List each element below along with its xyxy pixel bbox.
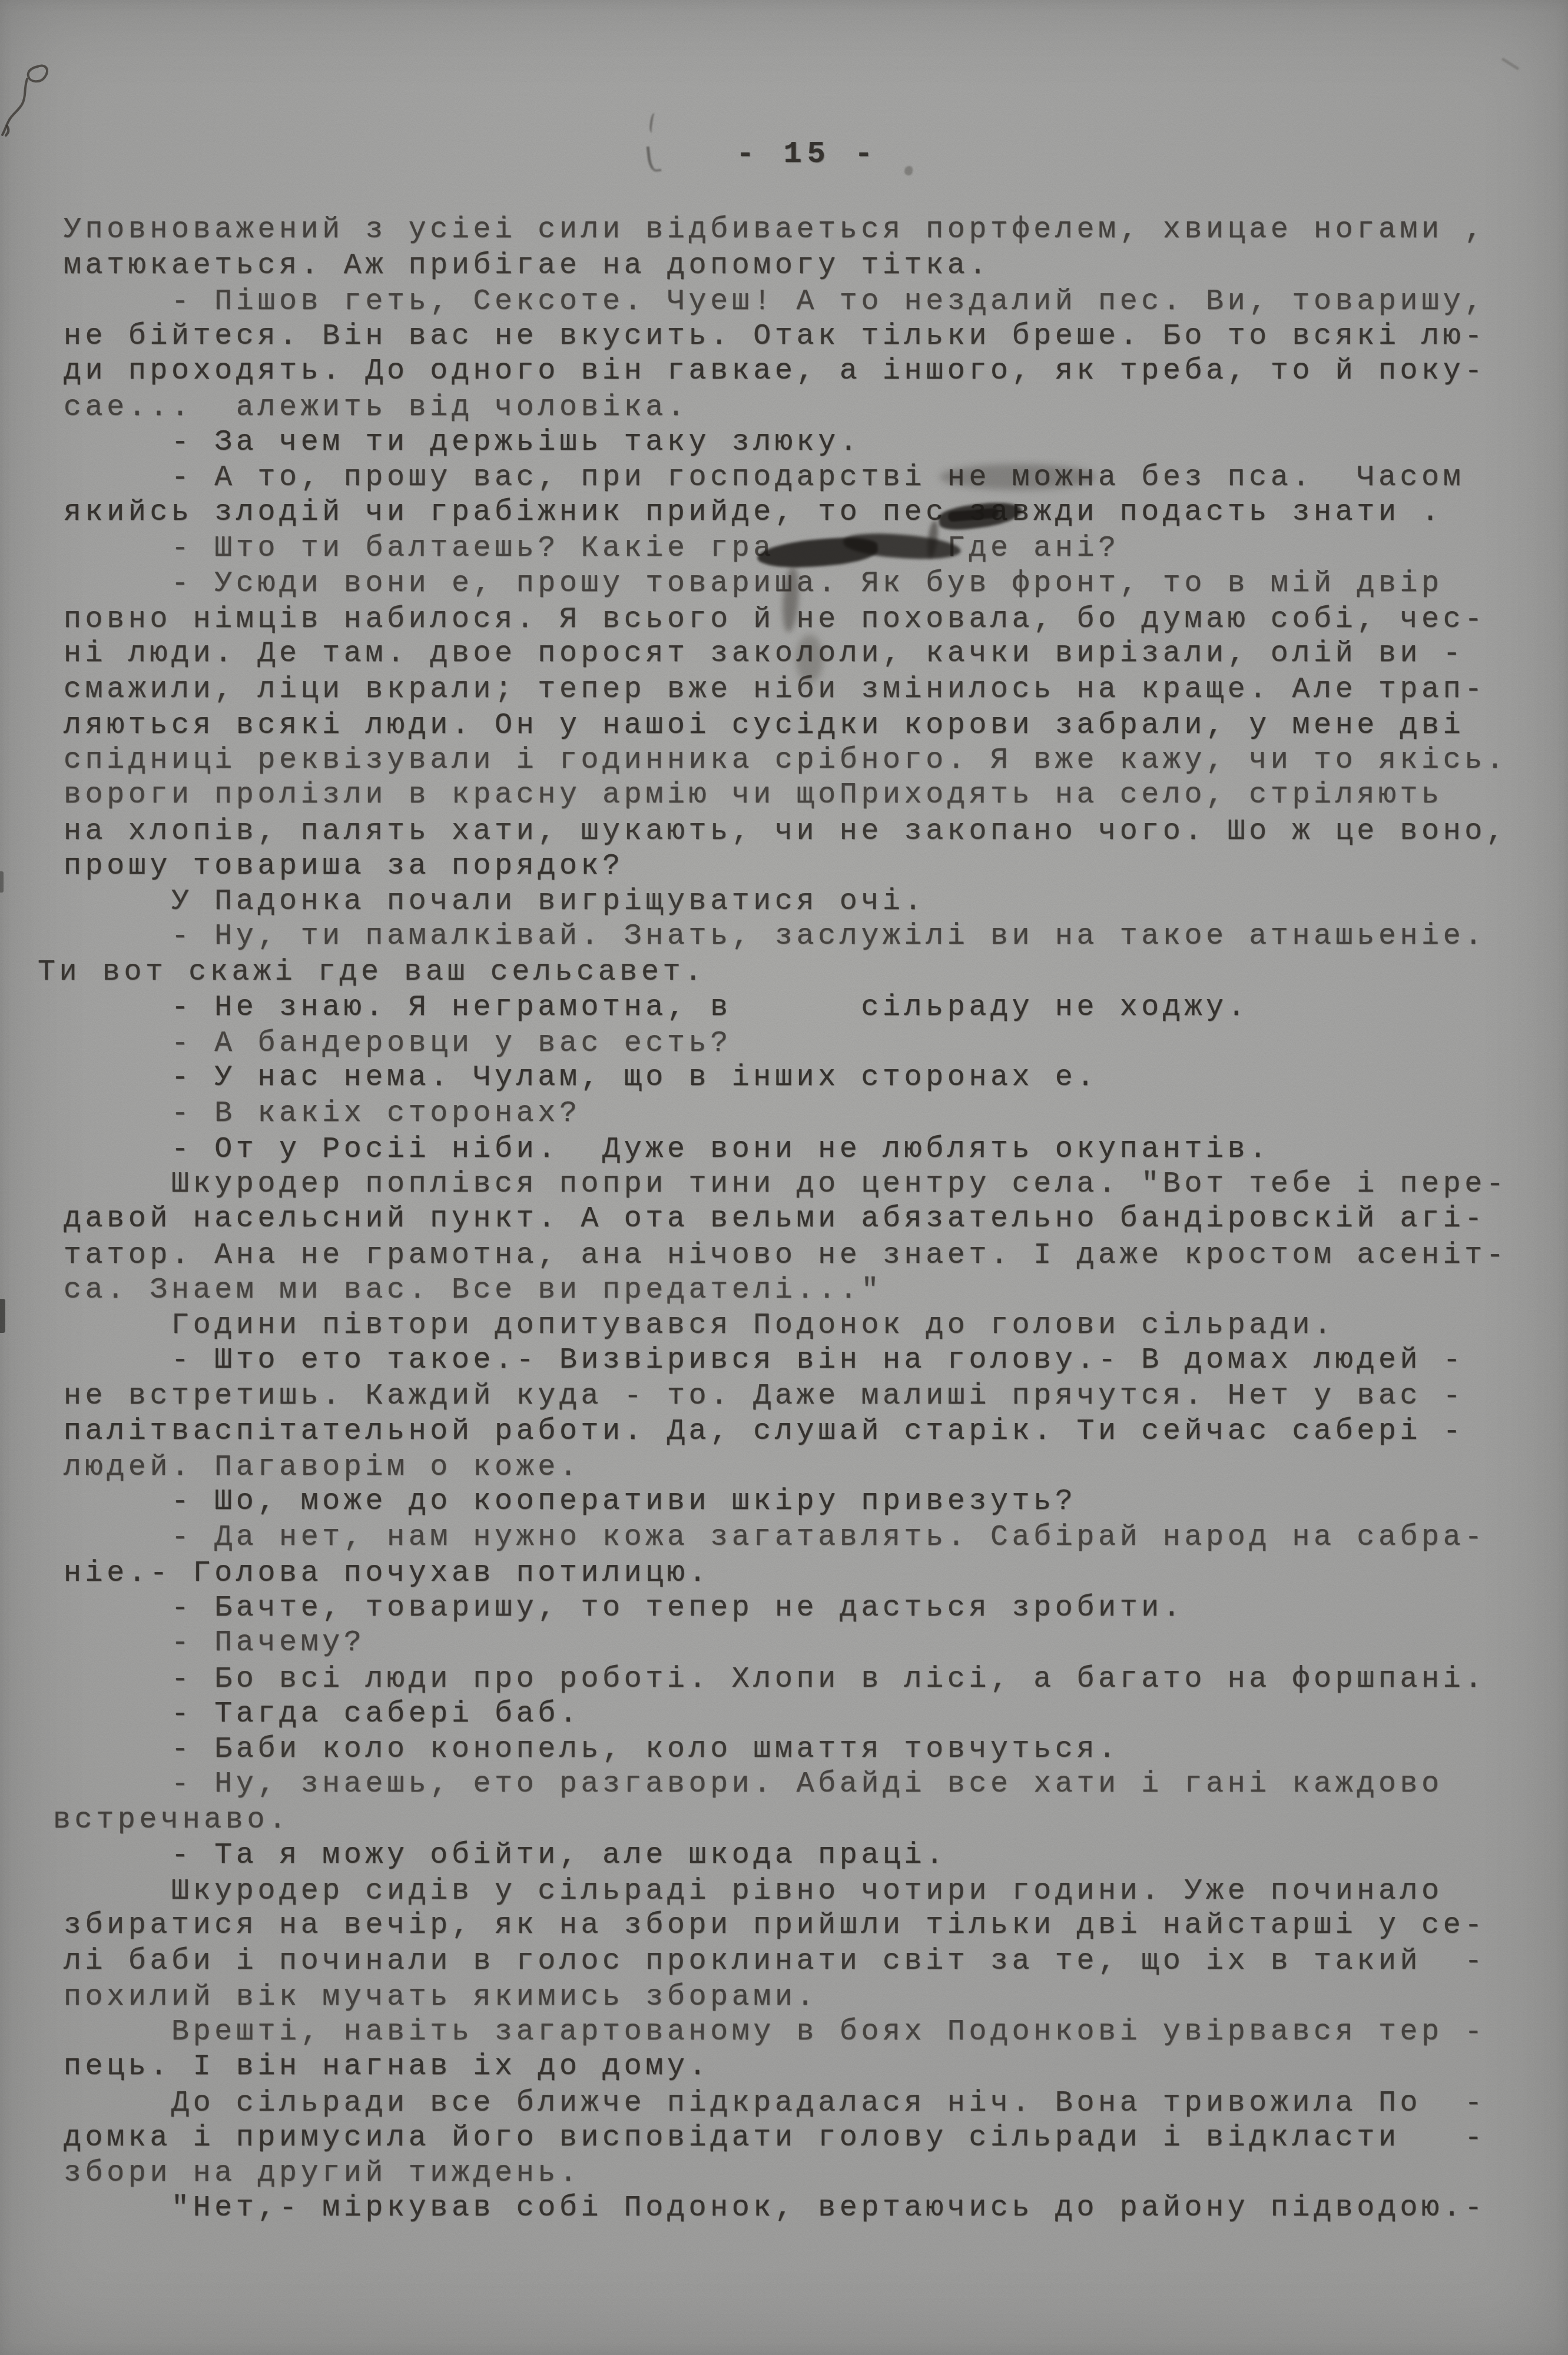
text-line: - Што ти балтаешь? Какіе гра Где ані? xyxy=(64,531,1508,566)
scan-edge-artifact xyxy=(0,1299,5,1333)
text-line: збори на другий тиждень. xyxy=(64,2156,1508,2191)
text-line: - Ну, знаешь, ето разгавори. Абайді все … xyxy=(64,1767,1508,1802)
text-line: пець. І він нагнав іх до дому. xyxy=(64,2049,1508,2085)
text-line: давой насельсний пункт. А ота вельми абя… xyxy=(64,1202,1508,1237)
text-line: ніе.- Голова почухав потилицю. xyxy=(64,1556,1508,1591)
text-line: домка і примусила його висповідати голов… xyxy=(64,2121,1508,2156)
text-line: Уповноважений з усіеі сили відбиваеться … xyxy=(64,213,1508,248)
text-line: вороги пролізли в красну армію чи щоПрих… xyxy=(64,778,1508,813)
text-line: - Што ето такое.- Визвірився він на голо… xyxy=(64,1343,1508,1378)
faint-typed-speck xyxy=(647,145,661,173)
page-number: - 15 - xyxy=(736,137,878,171)
text-line: - У нас нема. Чулам, що в інших сторонах… xyxy=(64,1060,1508,1096)
text-line: палітваспітательной работи. Да, слушай с… xyxy=(64,1414,1508,1450)
text-line: - Баби коло конопель, коло шмаття товчут… xyxy=(64,1732,1508,1767)
text-line: збиратися на вечір, як на збори прийшли … xyxy=(64,1908,1508,1943)
text-line: встречнаво. xyxy=(53,1803,1508,1838)
text-line: - Бо всі люди про роботі. Хлопи в лісі, … xyxy=(64,1662,1508,1697)
text-line: - А бандеровци у вас есть? xyxy=(64,1026,1508,1062)
text-line: Шкуродер сидів у сільраді рівно чотири г… xyxy=(64,1874,1508,1909)
text-line: сае... алежить від чоловіка. xyxy=(64,390,1508,426)
text-line: - Та я можу обійти, але шкода праці. xyxy=(64,1838,1508,1873)
faint-typed-speck xyxy=(904,166,913,175)
text-line: не бійтеся. Він вас не вкусить. Отак тіл… xyxy=(64,319,1508,354)
text-line: - Шо, може до кооперативи шкіру привезут… xyxy=(64,1484,1508,1520)
pencil-tick-mark xyxy=(1501,57,1519,70)
text-line: - Пішов геть, Сексоте. Чуеш! А то нездал… xyxy=(64,284,1508,320)
text-line: Години півтори допитувався Подонок до го… xyxy=(64,1308,1508,1344)
scan-edge-artifact xyxy=(0,871,4,893)
scanned-typewritten-page: - 15 - Уповноважений з усіеі сили відбив… xyxy=(0,0,1568,2355)
handwritten-ink-squiggle xyxy=(0,54,53,148)
faint-typed-speck xyxy=(649,112,660,134)
text-line: ди проходять. До одного він гавкае, а ін… xyxy=(64,354,1508,389)
text-line: якийсь злодій чи грабіжник прийде, то пе… xyxy=(64,495,1508,530)
text-line: не встретишь. Каждий куда - то. Даже мал… xyxy=(64,1379,1508,1414)
text-line: "Нет,- міркував собі Подонок, вертаючись… xyxy=(64,2191,1508,2226)
text-line: ні люди. Де там. двое поросят закололи, … xyxy=(64,636,1508,672)
page-body: Уповноважений з усіеі сили відбиваеться … xyxy=(64,213,1508,2227)
text-line: Шкуродер поплівся попри тини до центру с… xyxy=(64,1167,1508,1202)
text-line: - Ну, ти памалківай. Знать, заслужілі ви… xyxy=(64,919,1508,954)
text-line: татор. Ана не грамотна, ана нічово не зн… xyxy=(64,1238,1508,1273)
text-line: са. Знаем ми вас. Все ви предателі..." xyxy=(64,1273,1508,1308)
text-line: У Падонка почали вигріщуватися очі. xyxy=(64,884,1508,920)
text-line: похилий вік мучать якимись зборами. xyxy=(64,1980,1508,2015)
text-line: - Усюди вони е, прошу товариша. Як був ф… xyxy=(64,566,1508,602)
text-line: ляються всякі люди. Он у нашоі сусідки к… xyxy=(64,708,1508,744)
text-line: - За чем ти держьішь таку злюку. xyxy=(64,425,1508,460)
text-line: - Да нет, нам нужно кожа загатавлять. Са… xyxy=(64,1520,1508,1555)
text-line: - Не знаю. Я неграмотна, в сільраду не х… xyxy=(64,990,1508,1026)
text-line: - Пачему? xyxy=(64,1626,1508,1661)
text-line: матюкаеться. Аж прибігае на допомогу тіт… xyxy=(64,248,1508,284)
text-line: на хлопів, палять хати, шукають, чи не з… xyxy=(64,814,1508,850)
text-line: - Бачте, товаришу, то тепер не дасться з… xyxy=(64,1591,1508,1626)
text-line: До сільради все ближче підкрадалася ніч.… xyxy=(64,2086,1508,2121)
text-line: лі баби і починали в голос проклинати св… xyxy=(64,1944,1508,1979)
text-line: - Тагда сабері баб. xyxy=(64,1697,1508,1732)
text-line: спідниці реквізували і годинника срібног… xyxy=(64,743,1508,778)
text-line: прошу товариша за порядок? xyxy=(64,849,1508,884)
text-line: - В какіх сторонах? xyxy=(64,1096,1508,1132)
text-line: людей. Пагаворім о коже. xyxy=(64,1450,1508,1485)
text-line: - От у Росіі ніби. Дуже вони не люблять … xyxy=(64,1132,1508,1167)
text-line: смажили, ліци вкрали; тепер вже ніби змі… xyxy=(64,672,1508,708)
text-line: Ти вот скажі где ваш сельсавет. xyxy=(38,955,1508,990)
text-line: Врешті, навіть загартованому в боях Подо… xyxy=(64,2015,1508,2050)
text-line: повно німців набилося. Я всього й не пох… xyxy=(64,602,1508,638)
text-line: - А то, прошу вас, при господарстві не м… xyxy=(64,460,1508,496)
